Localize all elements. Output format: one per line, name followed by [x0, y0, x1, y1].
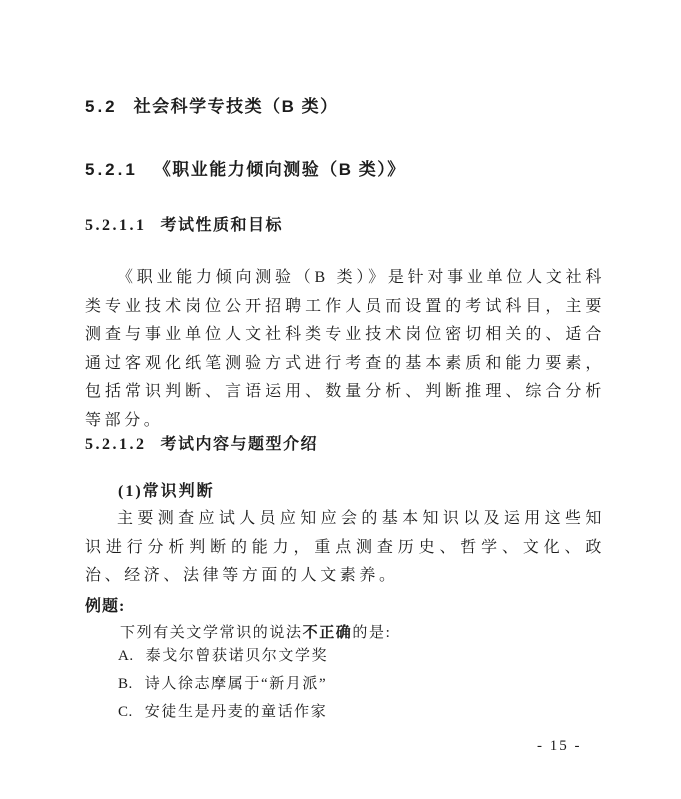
option-text: 安徒生是丹麦的童话作家	[145, 704, 328, 720]
example-label: 例题:	[85, 593, 125, 616]
section-heading-5-2-1-1: 5.2.1.1考试性质和目标	[85, 212, 283, 235]
section-number: 5.2.1	[85, 160, 138, 179]
section-title: 考试性质和目标	[161, 217, 284, 234]
question-suffix: 的是:	[352, 625, 391, 641]
subsection-heading-common-sense: (1)常识判断	[118, 478, 215, 501]
option-text: 诗人徐志摩属于“新月派”	[145, 676, 328, 692]
section-heading-5-2: 5.2社会科学专技类（B 类）	[85, 92, 339, 117]
section-number: 5.2	[85, 97, 118, 116]
subsection-paragraph: 主要测查应试人员应知应会的基本知识以及运用这些知识进行分析判断的能力，重点测查历…	[85, 505, 605, 591]
option-letter: A.	[118, 648, 134, 664]
option-c: C.安徒生是丹麦的童话作家	[118, 698, 328, 726]
question-emphasis: 不正确	[303, 625, 353, 641]
section-heading-5-2-1-2: 5.2.1.2考试内容与题型介绍	[85, 431, 318, 454]
page-number: - 15 -	[537, 738, 582, 755]
option-letter: C.	[118, 704, 133, 720]
intro-paragraph: 《职业能力倾向测验（B 类）》是针对事业单位人文社科类专业技术岗位公开招聘工作人…	[85, 264, 605, 435]
section-heading-5-2-1: 5.2.1《职业能力倾向测验（B 类）》	[85, 155, 406, 180]
option-letter: B.	[118, 676, 133, 692]
options-list: A.泰戈尔曾获诺贝尔文学奖 B.诗人徐志摩属于“新月派” C.安徒生是丹麦的童话…	[118, 642, 328, 726]
option-a: A.泰戈尔曾获诺贝尔文学奖	[118, 642, 328, 670]
section-title: 《职业能力倾向测验（B 类）》	[154, 160, 406, 179]
section-number: 5.2.1.2	[85, 436, 147, 453]
option-b: B.诗人徐志摩属于“新月派”	[118, 670, 328, 698]
section-title: 社会科学专技类（B 类）	[134, 97, 339, 116]
example-question: 下列有关文学常识的说法不正确的是:	[120, 621, 391, 642]
question-prefix: 下列有关文学常识的说法	[120, 625, 303, 641]
document-page: 5.2社会科学专技类（B 类） 5.2.1《职业能力倾向测验（B 类）》 5.2…	[0, 0, 681, 799]
section-number: 5.2.1.1	[85, 217, 147, 234]
section-title: 考试内容与题型介绍	[161, 436, 319, 453]
option-text: 泰戈尔曾获诺贝尔文学奖	[146, 648, 329, 664]
